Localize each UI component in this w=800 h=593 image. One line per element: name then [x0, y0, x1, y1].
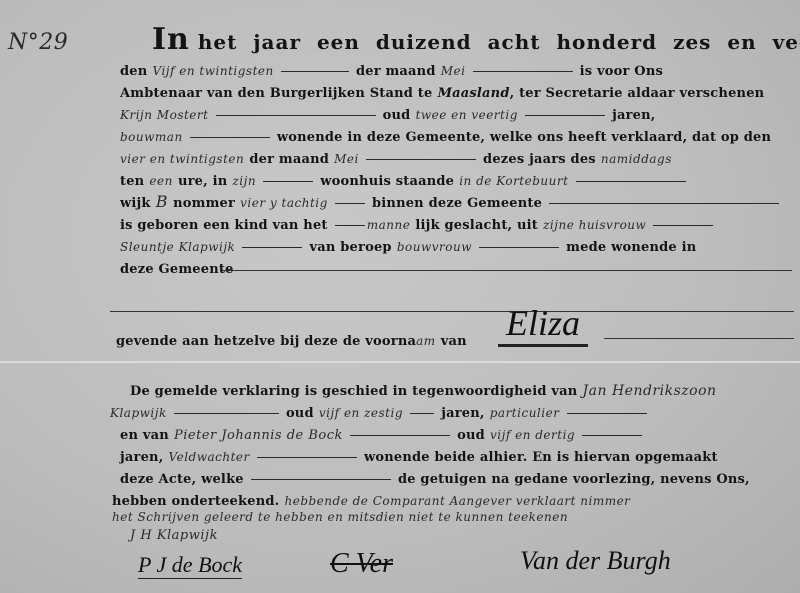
- label-secretarie: , ter Secretarie aldaar verschenen: [510, 86, 765, 101]
- label-geslacht: lijk geslacht, uit: [415, 218, 538, 233]
- line-witness1: Klapwijk oud vijf en zestig jaren, parti…: [110, 402, 649, 421]
- label-getuigen: de getuigen na gedane voorlezing, nevens…: [398, 472, 750, 487]
- label-ten: ten: [120, 174, 144, 189]
- label-deze-acte: deze Acte, welke: [120, 472, 244, 487]
- label-wonende-beide: wonende beide alhier. En is hiervan opge…: [364, 450, 718, 465]
- entry-witness2-name: Pieter Johannis de Bock: [174, 428, 343, 443]
- label-oud-2: oud: [286, 406, 314, 421]
- blank-rule: [604, 338, 794, 339]
- entry-possessive: zijn: [232, 174, 256, 188]
- entry-witness1-surname: Klapwijk: [110, 406, 167, 420]
- entry-witness2-age: vijf en dertig: [490, 428, 575, 442]
- label-deze-gemeente: deze Gemeente: [120, 262, 234, 277]
- line-gemeente: deze Gemeente: [120, 258, 234, 277]
- label-der-maand-2: der maand: [249, 152, 329, 167]
- label-den: den: [120, 64, 147, 79]
- entry-annotation-2: het Schrijven geleerd te hebben en mitsd…: [112, 510, 568, 524]
- entry-annotation-1: hebbende de Comparant Aangever verklaart…: [284, 494, 630, 508]
- signature-witness2: P J de Bock: [138, 552, 242, 579]
- line-occupation: bouwman wonende in deze Gemeente, welke …: [120, 126, 771, 145]
- entry-month: Mei: [441, 64, 466, 78]
- entry-day: Vijf en twintigsten: [153, 64, 274, 78]
- line-sex: is geboren een kind van het manne lijk g…: [120, 214, 715, 233]
- entry-relation: zijne huisvrouw: [543, 218, 646, 232]
- entry-birth-month: Mei: [334, 152, 359, 166]
- label-ure-in: ure, in: [178, 174, 227, 189]
- entry-birth-day: vier en twintigsten: [120, 152, 244, 166]
- label-oud: oud: [383, 108, 411, 123]
- line-date: den Vijf en twintigsten der maand Mei is…: [120, 60, 663, 79]
- label-woonhuis: woonhuis staande: [320, 174, 454, 189]
- entry-mother-name: Sleuntje Klapwijk: [120, 240, 235, 254]
- entry-house-number: vier y tachtig: [240, 196, 328, 210]
- line-witness2: en van Pieter Johannis de Bock oud vijf …: [120, 424, 644, 443]
- place-name: Maasland: [438, 86, 510, 101]
- label-wijk: wijk: [120, 196, 151, 211]
- line-witness2-occupation: jaren, Veldwachter wonende beide alhier.…: [120, 446, 718, 465]
- signature-official: Van der Burgh: [520, 546, 671, 576]
- entry-declarant-name: Krijn Mostert: [120, 108, 208, 122]
- label-van-beroep: van beroep: [310, 240, 392, 255]
- label-ambtenaar: Ambtenaar van den Burgerlijken Stand te: [120, 86, 432, 101]
- line-ward: wijk B nommer vier y tachtig binnen deze…: [120, 192, 781, 211]
- line-declarant: Krijn Mostert oud twee en veertig jaren,: [120, 104, 656, 123]
- entry-declarant-occupation: bouwman: [120, 130, 183, 144]
- label-onderteekend: hebben onderteekend.: [112, 494, 279, 509]
- signature-official-struck: C Ver: [330, 548, 393, 580]
- line-location: ten een ure, in zijn woonhuis staande in…: [120, 170, 688, 189]
- record-number: N°29: [8, 30, 68, 55]
- line-witnesses: De gemelde verklaring is geschied in teg…: [130, 380, 717, 399]
- entry-witness1-occupation: particulier: [490, 406, 560, 420]
- entry-ward: B: [156, 192, 168, 211]
- heading-text: het jaar een duizend acht honderd zes en…: [198, 30, 800, 54]
- page-fold-crease: [0, 361, 800, 363]
- heading: In het jaar een duizend acht honderd zes…: [152, 22, 800, 57]
- label-der-maand: der maand: [356, 64, 436, 79]
- entry-witness1-age: vijf en zestig: [319, 406, 403, 420]
- blank-rule: [110, 311, 794, 312]
- label-wonende: wonende in deze Gemeente, welke ons heef…: [277, 130, 771, 145]
- entry-time-of-day: namiddags: [601, 152, 672, 166]
- label-is-geboren: is geboren een kind van het: [120, 218, 328, 233]
- label-jaren: jaren,: [612, 108, 655, 123]
- line-acte: deze Acte, welke de getuigen na gedane v…: [120, 468, 750, 487]
- line-mother: Sleuntje Klapwijk van beroep bouwvrouw m…: [120, 236, 696, 255]
- label-oud-3: oud: [457, 428, 485, 443]
- entry-street: in de Kortebuurt: [459, 174, 568, 188]
- line-signed: hebben onderteekend. hebbende de Compara…: [112, 490, 630, 509]
- entry-declarant-age: twee en veertig: [416, 108, 518, 122]
- entry-mother-occupation: bouwvrouw: [397, 240, 472, 254]
- entry-witness2-occupation: Veldwachter: [169, 450, 250, 464]
- label-tegenwoordigheid: De gemelde verklaring is geschied in teg…: [130, 384, 577, 399]
- label-nommer: nommer: [173, 196, 235, 211]
- label-mede-wonende: mede wonende in: [566, 240, 696, 255]
- blank-rule: [222, 270, 792, 271]
- label-binnen: binnen deze Gemeente: [372, 196, 542, 211]
- signature-witness-mark: J H Klapwijk: [130, 528, 218, 543]
- line-official: Ambtenaar van den Burgerlijken Stand te …: [120, 82, 764, 101]
- entry-voornaam-suffix: am: [416, 334, 436, 348]
- heading-initial: In: [152, 22, 190, 57]
- label-dezes-jaars: dezes jaars des: [483, 152, 596, 167]
- label-jaren-3: jaren,: [120, 450, 163, 465]
- entry-hour: een: [149, 174, 172, 188]
- child-name: Eliza: [498, 302, 588, 347]
- label-is-voor-ons: is voor Ons: [580, 64, 663, 79]
- label-voornaam: gevende aan hetzelve bij deze de voorna: [116, 334, 416, 349]
- line-given-name: gevende aan hetzelve bij deze de voornaa…: [116, 330, 467, 349]
- entry-sex: manne: [367, 218, 411, 232]
- line-birth-date: vier en twintigsten der maand Mei dezes …: [120, 148, 672, 167]
- label-en-van: en van: [120, 428, 169, 443]
- label-jaren-2: jaren,: [441, 406, 484, 421]
- entry-witness1-name: Jan Hendrikszoon: [583, 383, 717, 399]
- label-van: van: [441, 334, 467, 349]
